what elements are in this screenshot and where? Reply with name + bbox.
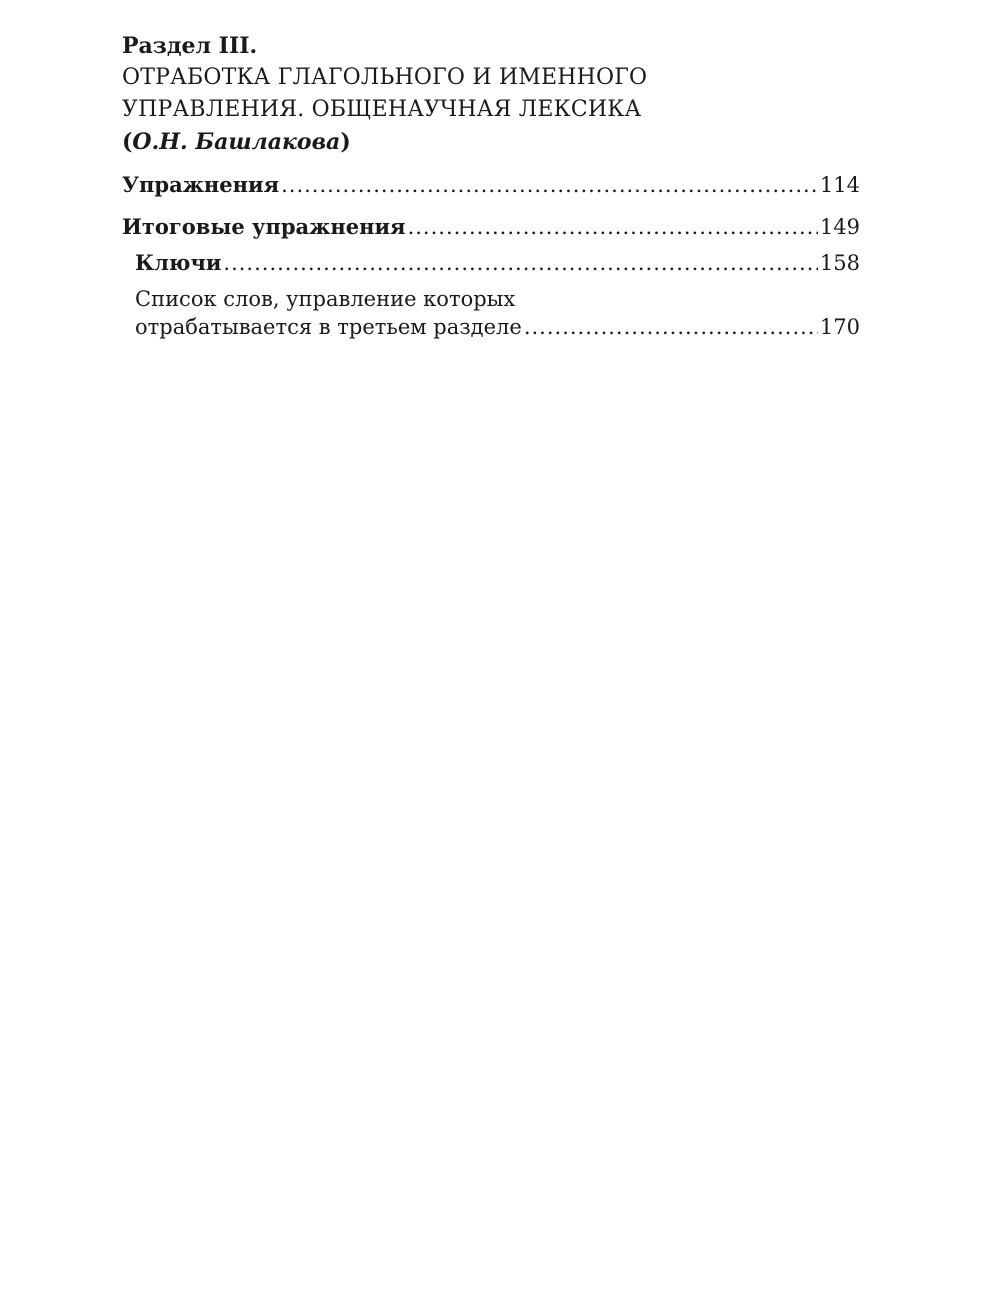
dot-leader	[408, 213, 818, 241]
section-label: Раздел III.	[122, 30, 860, 62]
section-title-line-1: ОТРАБОТКА ГЛАГОЛЬНОГО И ИМЕННОГО	[122, 62, 860, 94]
toc-entry-label: Ключи	[135, 249, 221, 277]
toc-entry-page: 158	[820, 249, 860, 277]
section-title-line-2: УПРАВЛЕНИЯ. ОБЩЕНАУЧНАЯ ЛЕКСИКА	[122, 94, 860, 126]
toc-entry-page: 149	[820, 213, 860, 241]
toc-entry-keys[interactable]: Ключи 158	[122, 249, 860, 277]
section-author: (О.Н. Башлакова)	[122, 126, 860, 159]
author-open-paren: (	[122, 129, 132, 155]
author-close-paren: )	[340, 129, 350, 155]
dot-leader	[223, 249, 818, 277]
toc-entry-label: Итоговые упражнения	[122, 213, 406, 241]
table-of-contents: Упражнения 114 Итоговые упражнения 149 К…	[122, 171, 860, 341]
author-name: О.Н. Башлакова	[132, 129, 340, 155]
toc-page: Раздел III. ОТРАБОТКА ГЛАГОЛЬНОГО И ИМЕН…	[122, 30, 860, 341]
dot-leader	[281, 171, 818, 199]
toc-entry-label-line-2: отрабатывается в третьем разделе	[135, 313, 522, 341]
toc-entry-label: Упражнения	[122, 171, 279, 199]
toc-entry-page: 114	[820, 171, 860, 199]
dot-leader	[524, 313, 818, 341]
toc-entry-word-list[interactable]: Список слов, управление которых отрабаты…	[122, 285, 860, 341]
toc-entry-label-line-1: Список слов, управление которых	[135, 285, 860, 313]
toc-entry-page: 170	[820, 313, 860, 341]
toc-entry-exercises[interactable]: Упражнения 114	[122, 171, 860, 199]
toc-entry-final-exercises[interactable]: Итоговые упражнения 149	[122, 213, 860, 241]
